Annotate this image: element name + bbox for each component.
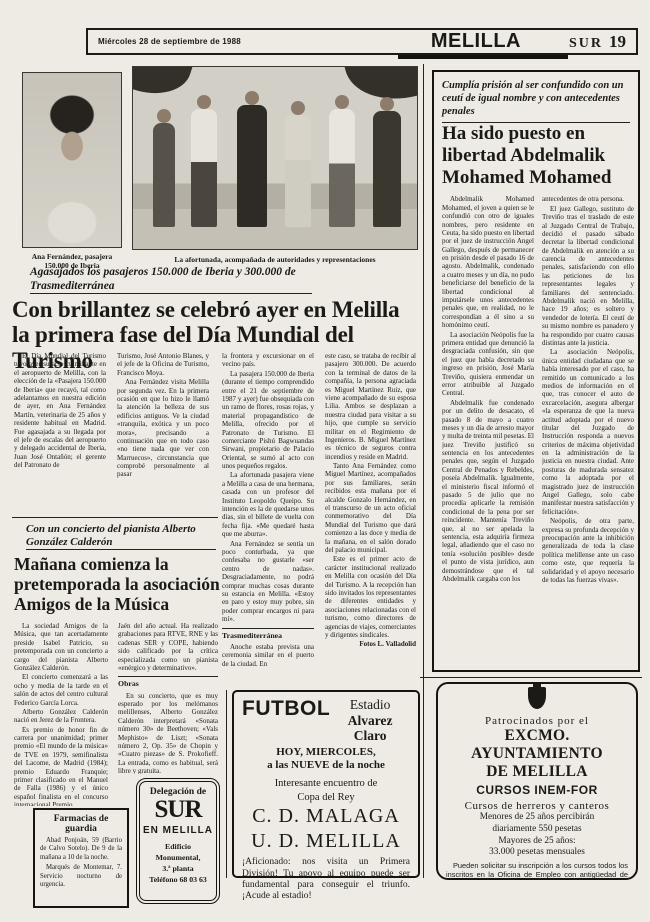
section-title: MELILLA xyxy=(431,30,521,53)
paragraph: La asociación Neópolis, única entidad ci… xyxy=(542,348,634,516)
column-paragraphs: Ana Fernández visita Melilla por segunda… xyxy=(117,378,209,479)
when-line1: HOY, MIERCOLES, xyxy=(242,746,410,760)
paragraph: Abdelmalik fue condenado por un delito d… xyxy=(442,399,534,584)
what-line2: Copa del Rey xyxy=(242,791,410,805)
column-paragraphs: En su concierto, que es muy esperado por… xyxy=(118,692,218,774)
kicker-rule xyxy=(26,549,216,550)
what-line1: Interesante encuentro de xyxy=(242,777,410,791)
ayuntamiento-name-line1: EXCMO. AYUNTAMIENTO xyxy=(446,727,628,763)
paragraph: La asociación Neópolis fue la primera en… xyxy=(442,331,534,398)
portrait-caption-line1: Ana Fernández, pasajera xyxy=(8,252,136,261)
turismo-kicker: Agasajados los pasajeros 150.000 de Iber… xyxy=(30,266,360,294)
vertical-divider-rule xyxy=(423,64,424,878)
address-line1: Edificio Monumental, xyxy=(143,842,213,864)
when-line2: a las NUEVE de la noche xyxy=(242,759,410,773)
paragraph: Ana Fernández se sentía un poco conturba… xyxy=(222,540,314,624)
continuation-text: este caso, se trataba de recibir al pasa… xyxy=(325,352,416,461)
masthead-block: SUR 19 xyxy=(569,32,626,52)
ad-sponsor-line: Patrocinados por el xyxy=(446,715,628,727)
photo-group-authorities xyxy=(132,66,418,250)
continuation-text: Turismo, José Antonio Blanes, y el jefe … xyxy=(117,352,209,377)
person-silhouette xyxy=(237,105,267,227)
page-number: 19 xyxy=(609,32,626,52)
paragraph: Es premio de honor fin de carrera por un… xyxy=(14,726,108,806)
paragraph: Alberto González Calderón nació en Jerez… xyxy=(14,708,108,725)
turismo-column-1: El Día Mundial del Turismo tuvo ayer su … xyxy=(14,352,106,518)
ad-divider-rule xyxy=(420,677,642,678)
photo-credit: Fotos L. Valladolid xyxy=(325,640,416,648)
futbol-header-row: FUTBOL Estadio Alvarez Claro xyxy=(242,697,410,744)
delegacion-line2: EN MELILLA xyxy=(143,825,213,836)
column-paragraphs: El juez Gallego, sustituto de Treviño tr… xyxy=(542,205,634,585)
condition-line: diariamente 550 pesetas xyxy=(446,824,628,836)
sur-logo: SUR xyxy=(143,797,213,823)
delegacion-sur-box: Delegación de SUR EN MELILLA Edificio Mo… xyxy=(136,778,220,904)
libertad-column-2: antecedentes de otra persona. El juez Ga… xyxy=(542,195,634,653)
libertad-body: Abdelmalik Mohamed Mohamed, el joven a q… xyxy=(442,195,630,653)
group-caption: La afortunada, acompañada de autoridades… xyxy=(132,255,418,264)
libertad-kicker: Cumplía prisión al ser confundido con un… xyxy=(442,79,630,123)
subhead-trasmediterranea: Trasmediterránea xyxy=(222,628,314,640)
person-silhouette xyxy=(191,109,217,227)
palm-frond-decoration xyxy=(132,66,194,105)
continuation-text: Jaén del año actual. Ha realizado grabac… xyxy=(118,622,218,672)
ad-note: Pueden solicitar su inscripción a los cu… xyxy=(446,862,628,880)
delegacion-address: Edificio Monumental, 3.ª planta Teléfono… xyxy=(143,842,213,886)
turismo-column-2: Turismo, José Antonio Blanes, y el jefe … xyxy=(117,352,209,518)
futbol-when: HOY, MIERCOLES, a las NUEVE de la noche xyxy=(242,746,410,774)
person-silhouette xyxy=(373,111,401,227)
masthead-name: SUR xyxy=(569,36,603,52)
delegacion-phone: Teléfono 68 03 63 xyxy=(143,875,213,886)
continuation-text: la frontera y excursionar en el vecino p… xyxy=(222,352,314,369)
futbol-venue: Estadio Alvarez Claro xyxy=(330,697,410,744)
paragraph: Este es el primer acto de carácter insti… xyxy=(325,555,416,639)
futbol-title: FUTBOL xyxy=(242,697,330,721)
person-silhouette xyxy=(285,115,311,227)
continuation-text: antecedentes de otra persona. xyxy=(542,195,634,203)
libertad-headline: Ha sido puesto en libertad Abdelmalik Mo… xyxy=(442,123,630,188)
paragraph: Anoche estaba prevista una ceremonia sim… xyxy=(222,643,314,668)
address-line2: 3.ª planta xyxy=(143,864,213,875)
turismo-column-4: este caso, se trataba de recibir al pasa… xyxy=(325,352,416,664)
condition-line: Mayores de 25 años: xyxy=(446,836,628,848)
farmacias-entry: Marqués de Montemar, 7. Servicio nocturn… xyxy=(40,864,122,889)
page-header: Miércoles 28 de septiembre de 1988 MELIL… xyxy=(86,28,638,55)
page-date: Miércoles 28 de septiembre de 1988 xyxy=(98,37,241,46)
paragraph: La pasajera 150.000 de Iberia (durante e… xyxy=(222,370,314,471)
program-title: CURSOS INEM-FOR xyxy=(446,783,628,797)
musica-headline: Mañana comienza la pretemporada la asoci… xyxy=(14,555,224,615)
paragraph: Abdelmalik Mohamed Mohamed, el joven a q… xyxy=(442,195,534,329)
subhead-obras: Obras xyxy=(118,676,218,688)
paragraph: Ana Fernández visita Melilla por segunda… xyxy=(117,378,209,479)
futbol-ad-box: FUTBOL Estadio Alvarez Claro HOY, MIERCO… xyxy=(232,690,420,878)
photo-ana-fernandez xyxy=(22,72,122,248)
musica-kicker: Con un concierto del pianista Alberto Go… xyxy=(26,523,236,549)
paragraph: El juez Gallego, sustituto de Treviño tr… xyxy=(542,205,634,348)
libertad-article-box: Cumplía prisión al ser confundido con un… xyxy=(432,70,640,672)
article-divider-rule xyxy=(12,517,218,518)
paragraph: Neópolis, de otra parte, expresa su prof… xyxy=(542,517,634,584)
libertad-column-1: Abdelmalik Mohamed Mohamed, el joven a q… xyxy=(442,195,534,653)
musica-column-1: La sociedad Amigos de la Música, que tan… xyxy=(14,622,108,806)
newspaper-page: Miércoles 28 de septiembre de 1988 MELIL… xyxy=(0,0,650,922)
ayuntamiento-name-line2: DE MELILLA xyxy=(446,763,628,781)
musica-column-2: Jaén del año actual. Ha realizado grabac… xyxy=(118,622,218,774)
paragraph: En su concierto, que es muy esperado por… xyxy=(118,692,218,774)
ayuntamiento-ad-box: Patrocinados por el EXCMO. AYUNTAMIENTO … xyxy=(436,682,638,880)
column-rule xyxy=(226,690,227,878)
team-malaga: C. D. MALAGA xyxy=(242,804,410,829)
column-paragraphs: La pasajera 150.000 de Iberia (durante e… xyxy=(222,370,314,624)
course-title: Cursos de herreros y canteros xyxy=(446,800,628,812)
venue-line1: Estadio xyxy=(330,697,410,713)
column-paragraphs: Anoche estaba prevista una ceremonia sim… xyxy=(222,643,314,668)
futbol-what: Interesante encuentro de Copa del Rey xyxy=(242,777,410,804)
melilla-crest-icon xyxy=(528,687,546,709)
condition-line: Menores de 25 años percibirán xyxy=(446,812,628,824)
kicker-rule xyxy=(30,293,312,294)
condition-line: 33.000 pesetas mensuales xyxy=(446,847,628,859)
futbol-appeal: ¡Aficionado: nos visita un Primera Divis… xyxy=(242,857,410,902)
farmacias-box: Farmacias de guardia Abad Ponjoán, 59 (B… xyxy=(33,808,129,908)
team-melilla: U. D. MELILLA xyxy=(242,829,410,854)
person-silhouette xyxy=(153,123,175,227)
paragraph: El Día Mundial del Turismo tuvo ayer su … xyxy=(14,352,106,469)
paragraph: El concierto comenzará a las ocho y medi… xyxy=(14,673,108,707)
paragraph: Tanto Ana Fernández como Miguel Martínez… xyxy=(325,462,416,554)
paragraph: La sociedad Amigos de la Música, que tan… xyxy=(14,622,108,672)
person-silhouette xyxy=(329,109,355,227)
farmacias-title: Farmacias de guardia xyxy=(40,814,122,834)
farmacias-entry: Abad Ponjoán, 59 (Barrio de Calvo Sotelo… xyxy=(40,837,122,862)
column-paragraphs: Tanto Ana Fernández como Miguel Martínez… xyxy=(325,462,416,639)
venue-line2: Alvarez Claro xyxy=(330,713,410,744)
section-underline xyxy=(398,55,568,59)
